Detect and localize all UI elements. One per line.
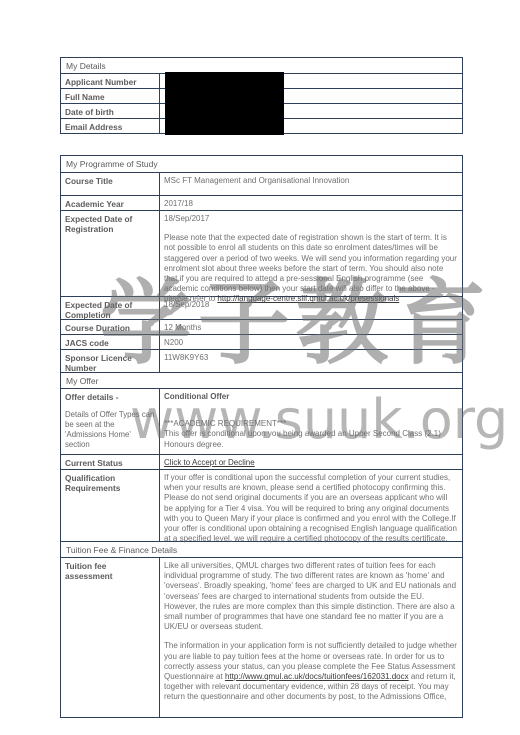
registration-date-label: Expected Date of Registration [61, 211, 160, 296]
qualification-requirements-text: If your offer is conditional upon the su… [160, 470, 462, 541]
course-title-value: MSc FT Management and Organisational Inn… [160, 173, 462, 195]
sponsor-licence-label: Sponsor Licence Number [61, 350, 160, 372]
course-duration-value: 12 Months [160, 320, 462, 334]
offer-details-label-cell: Offer details - Details of Offer Types c… [61, 389, 160, 454]
email-label: Email Address [61, 119, 160, 133]
tuition-header: Tuition Fee & Finance Details [61, 542, 182, 557]
course-title-label: Course Title [61, 173, 160, 195]
academic-year-value: 2017/18 [160, 196, 462, 210]
tuition-assessment-cell: Like all universities, QMUL charges two … [160, 558, 462, 717]
dob-label: Date of birth [61, 104, 160, 118]
programme-header: My Programme of Study [61, 156, 163, 172]
redaction-block [165, 72, 284, 135]
tuition-assessment-label: Tuition fee assessment [61, 558, 160, 717]
my-offer-header: My Offer [61, 373, 103, 388]
registration-note: Please note that the expected date of re… [164, 233, 457, 303]
my-details-header: My Details [61, 58, 111, 73]
applicant-number-label: Applicant Number [61, 74, 160, 88]
tuition-paragraph-2: The information in your application form… [164, 641, 458, 702]
qualification-requirements-label: Qualification Requirements [61, 470, 160, 541]
full-name-label: Full Name [61, 89, 160, 103]
current-status-label: Current Status [61, 455, 160, 469]
tuition-paragraph-1: Like all universities, QMUL charges two … [164, 561, 458, 632]
registration-date-cell: 18/Sep/2017 Please note that the expecte… [160, 211, 462, 296]
accept-decline-link[interactable]: Click to Accept or Decline [164, 458, 255, 467]
course-duration-label: Course Duration [61, 320, 160, 334]
jacs-code-value: N200 [160, 335, 462, 349]
jacs-code-label: JACS code [61, 335, 160, 349]
fee-questionnaire-link[interactable]: http://www.qmul.ac.uk/docs/tuitionfees/1… [225, 672, 409, 681]
academic-requirement-text: This offer is conditional upon you being… [164, 429, 458, 449]
offer-details-label: Offer details - [65, 392, 155, 402]
academic-requirement-title: ***ACADEMIC REQUIREMENT*** [164, 419, 458, 429]
completion-date-label: Expected Date of Completion [61, 297, 160, 319]
academic-year-label: Academic Year [61, 196, 160, 210]
programme-table: My Programme of Study Course TitleMSc FT… [60, 155, 463, 718]
offer-type: Conditional Offer [164, 392, 458, 402]
offer-details-note: Details of Offer Types can be seen at th… [65, 410, 155, 450]
registration-date-value: 18/Sep/2017 [164, 214, 458, 224]
completion-date-value: 18/Sep/2018 [160, 297, 462, 319]
offer-details-cell: Conditional Offer ***ACADEMIC REQUIREMEN… [160, 389, 462, 454]
sponsor-licence-value: 11W8K9Y63 [160, 350, 462, 372]
